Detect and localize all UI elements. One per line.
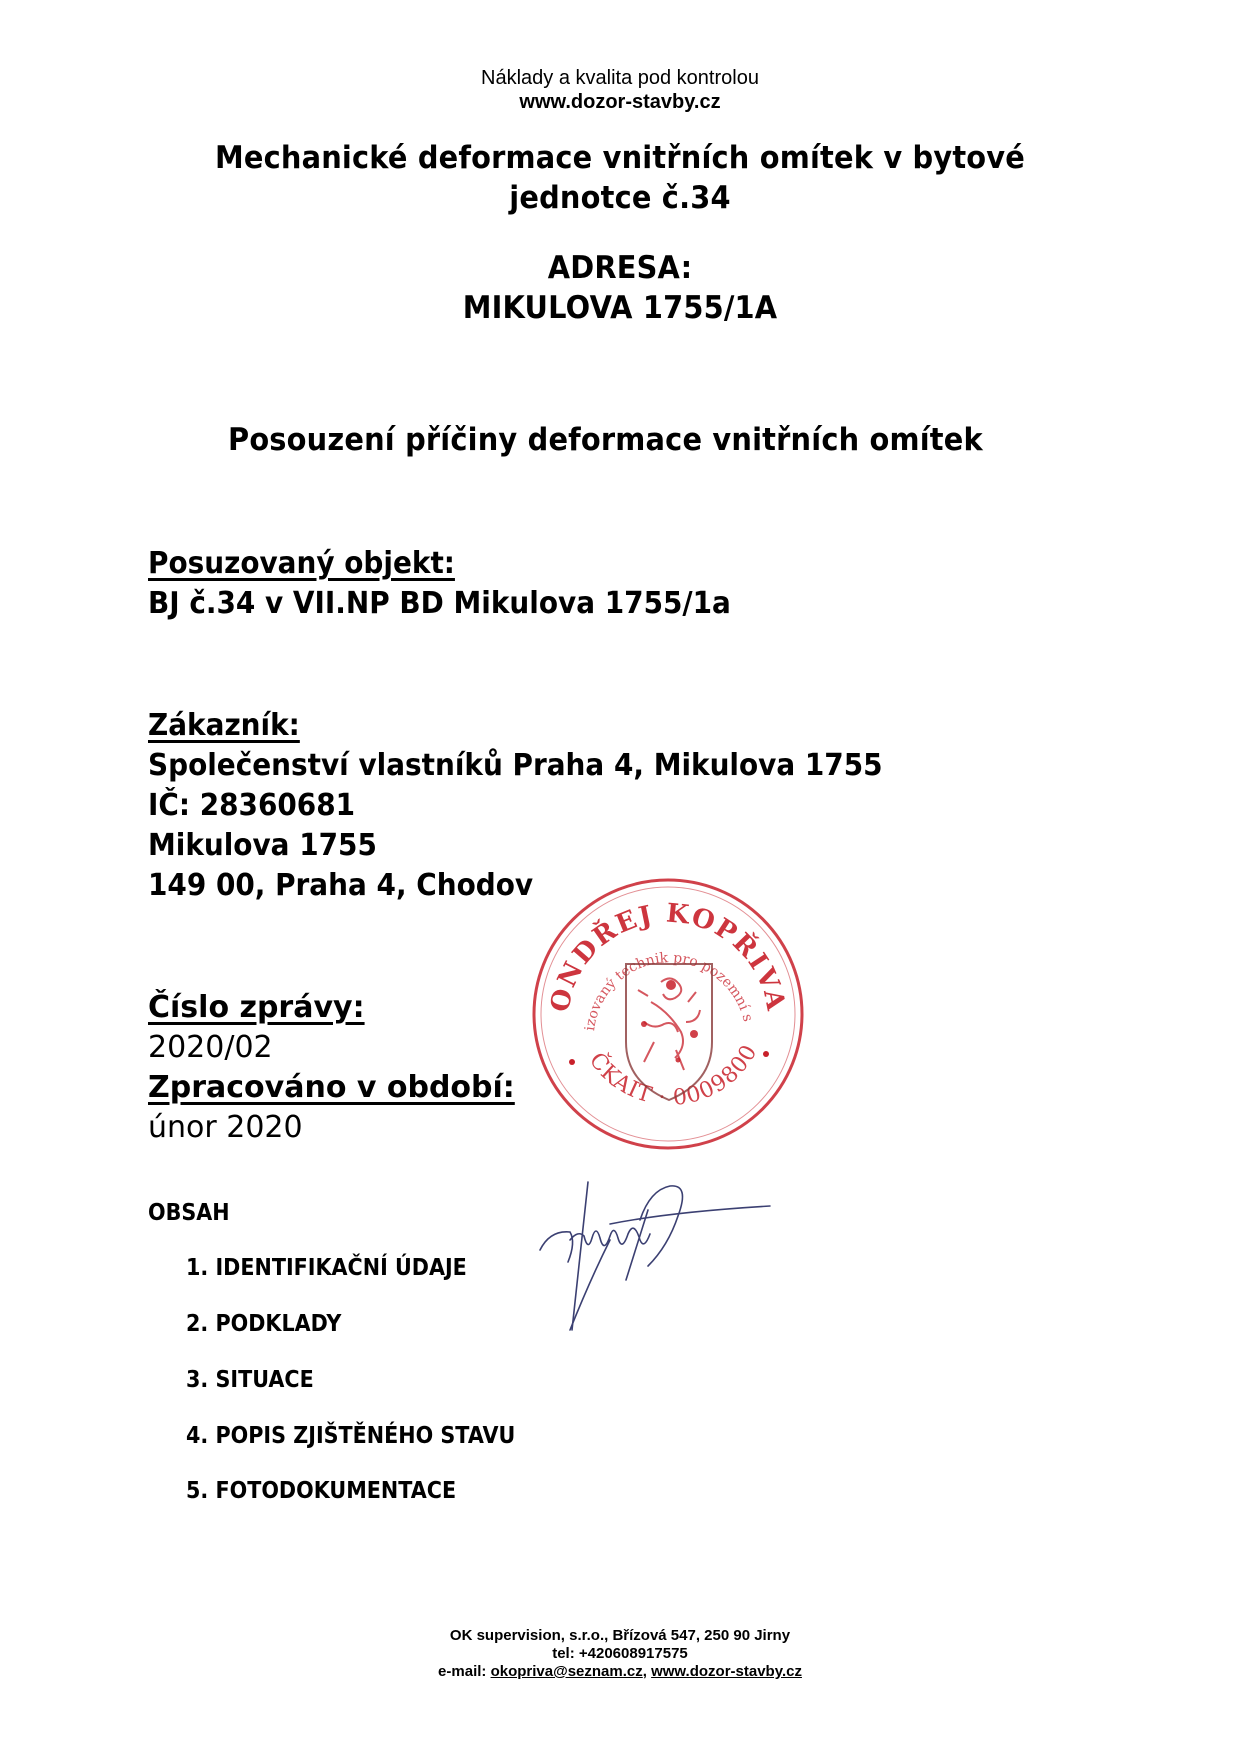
handwritten-signature bbox=[530, 1180, 780, 1340]
signature-icon bbox=[530, 1180, 780, 1340]
footer-email-prefix: e-mail: bbox=[438, 1663, 491, 1680]
report-number-value: 2020/02 bbox=[148, 1028, 515, 1068]
stamp-seal-icon: ONDŘEJ KOPŘIVA Autorizovaný technik pro … bbox=[526, 872, 810, 1156]
footer-company: OK supervision, s.r.o., Břízová 547, 250… bbox=[0, 1627, 1240, 1645]
svg-text:ČKAIT · 0009800: ČKAIT · 0009800 bbox=[584, 1040, 763, 1111]
customer-street: Mikulova 1755 bbox=[148, 826, 883, 866]
footer: OK supervision, s.r.o., Břízová 547, 250… bbox=[0, 1627, 1240, 1681]
toc-item-identification[interactable]: 1. IDENTIFIKAČNÍ ÚDAJE bbox=[186, 1253, 467, 1283]
address-label: ADRESA: bbox=[43, 248, 1196, 288]
header-tagline: Náklady a kvalita pod kontrolou bbox=[0, 66, 1240, 90]
toc-item-findings[interactable]: 4. POPIS ZJIŠTĚNÉHO STAVU bbox=[186, 1421, 515, 1451]
assessed-object-section: Posuzovaný objekt: BJ č.34 v VII.NP BD M… bbox=[148, 544, 731, 624]
footer-contact: e-mail: okopriva@seznam.cz, www.dozor-st… bbox=[0, 1663, 1240, 1681]
toc-item-photo-documentation[interactable]: 5. FOTODOKUMENTACE bbox=[186, 1476, 456, 1506]
stamp-registry: ČKAIT · 0009800 bbox=[584, 1040, 763, 1111]
period-label: Zpracováno v období: bbox=[148, 1068, 515, 1108]
subtitle-text: Posouzení příčiny deformace vnitřních om… bbox=[228, 420, 983, 460]
footer-separator: , bbox=[643, 1663, 651, 1680]
assessed-object-label: Posuzovaný objekt: bbox=[148, 544, 731, 584]
report-number-label: Číslo zprávy: bbox=[148, 988, 515, 1028]
official-stamp: ONDŘEJ KOPŘIVA Autorizovaný technik pro … bbox=[526, 872, 810, 1156]
header-website: www.dozor-stavby.cz bbox=[0, 90, 1240, 114]
footer-website-link[interactable]: www.dozor-stavby.cz bbox=[651, 1663, 802, 1680]
document-page: Náklady a kvalita pod kontrolou www.dozo… bbox=[0, 0, 1240, 1754]
toc-item-sources[interactable]: 2. PODKLADY bbox=[186, 1309, 341, 1339]
document-title: Mechanické deformace vnitřních omítek v … bbox=[0, 138, 1240, 218]
footer-phone: tel: +420608917575 bbox=[0, 1645, 1240, 1663]
assessed-object-value: BJ č.34 v VII.NP BD Mikulova 1755/1a bbox=[148, 584, 731, 624]
title-line-1: Mechanické deformace vnitřních omítek v … bbox=[43, 138, 1196, 178]
customer-ico: IČ: 28360681 bbox=[148, 786, 883, 826]
customer-label: Zákazník: bbox=[148, 706, 883, 746]
customer-name: Společenství vlastníků Praha 4, Mikulova… bbox=[148, 746, 883, 786]
toc-heading: OBSAH bbox=[148, 1198, 230, 1228]
report-info-section: Číslo zprávy: 2020/02 Zpracováno v obdob… bbox=[148, 988, 515, 1148]
document-subtitle: Posouzení příčiny deformace vnitřních om… bbox=[228, 420, 1040, 460]
footer-email-link[interactable]: okopriva@seznam.cz bbox=[491, 1663, 643, 1680]
toc-item-situation[interactable]: 3. SITUACE bbox=[186, 1365, 314, 1395]
title-line-2: jednotce č.34 bbox=[43, 178, 1196, 218]
address-value: MIKULOVA 1755/1A bbox=[43, 288, 1196, 328]
address-block: ADRESA: MIKULOVA 1755/1A bbox=[0, 248, 1240, 328]
period-value: únor 2020 bbox=[148, 1108, 515, 1148]
